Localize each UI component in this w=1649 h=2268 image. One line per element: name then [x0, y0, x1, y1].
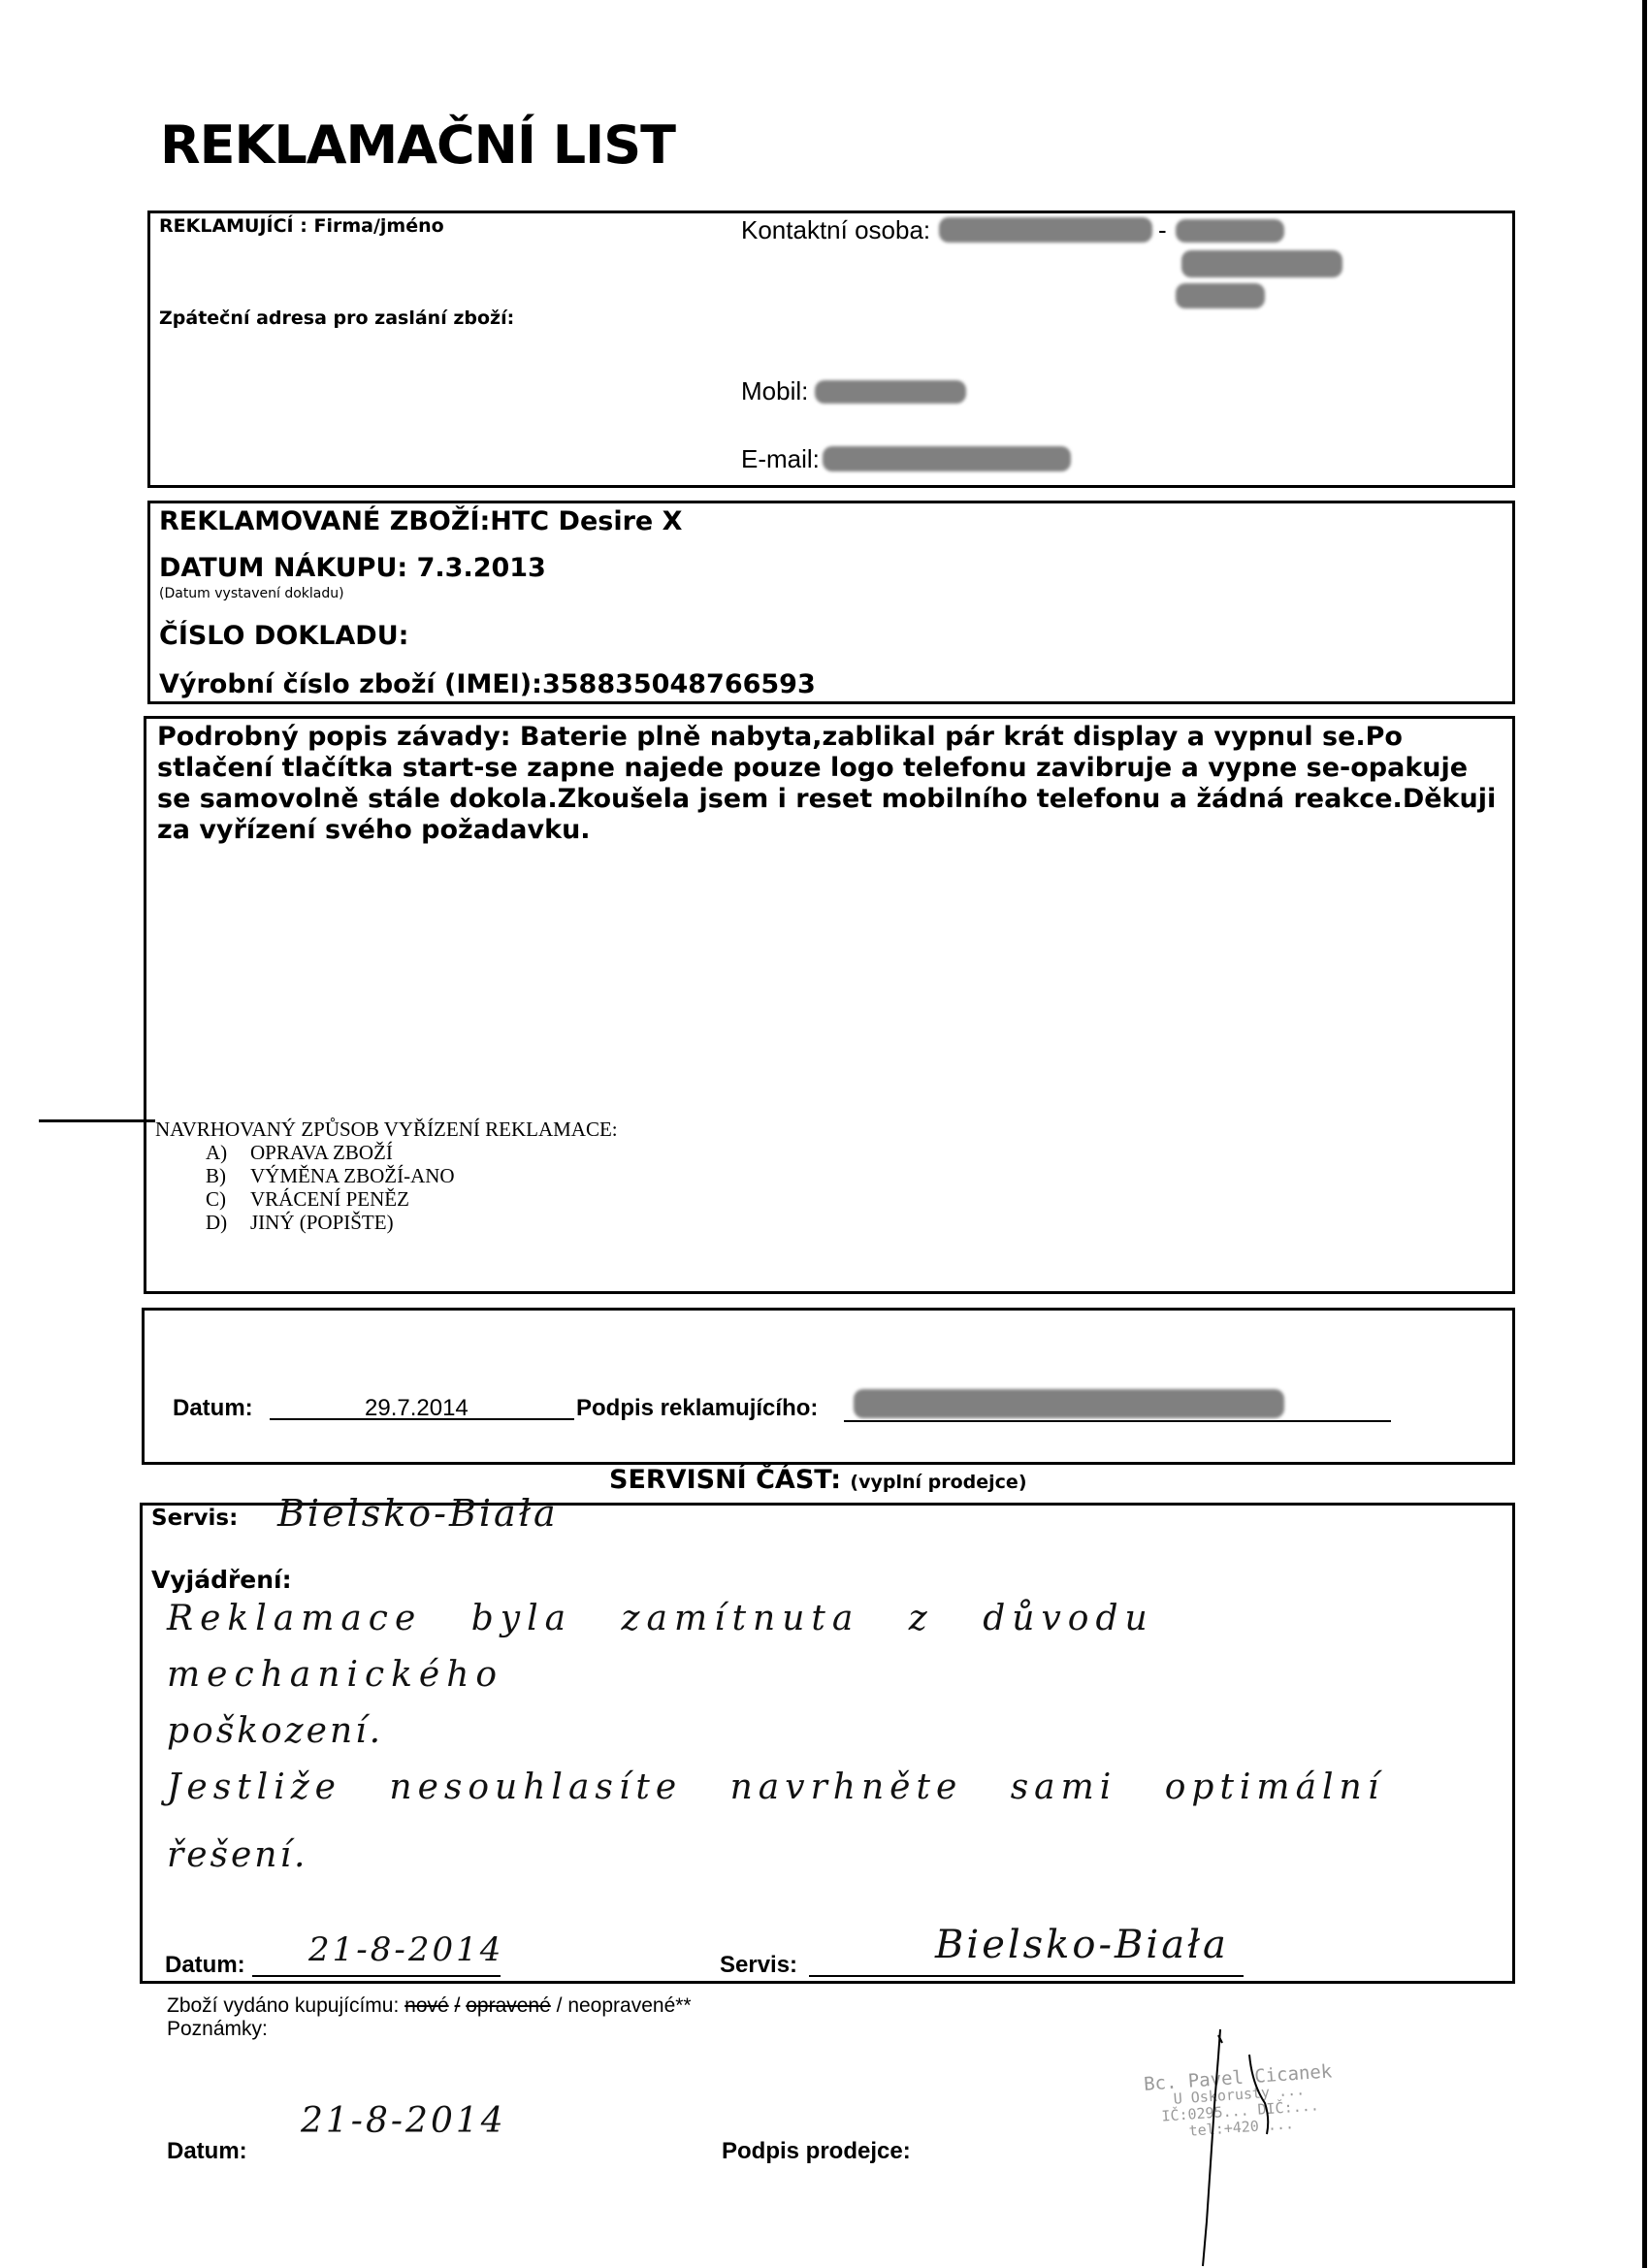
claimant-signature-label: Podpis reklamujícího: — [576, 1395, 818, 1422]
statement-label: Vyjádření: — [151, 1566, 292, 1594]
notes-label: Poznámky: — [167, 2018, 268, 2041]
handover-date-label: Datum: — [167, 2138, 247, 2165]
email-redacted — [823, 446, 1071, 471]
email-label: E-mail: — [741, 444, 820, 474]
handover-date-handwritten: 21-8-2014 — [301, 2101, 506, 2141]
handover-issued-line: Zboží vydáno kupujícímu: nové / opravené… — [167, 1994, 692, 2018]
purchase-date-label: DATUM NÁKUPU: — [159, 553, 407, 583]
service-signature-underline — [809, 1975, 1244, 1977]
resolution-option: B)VÝMĚNA ZBOŽÍ-ANO — [206, 1164, 455, 1187]
purchase-date-value: 7.3.2013 — [417, 553, 546, 583]
contact-separator: - — [1158, 215, 1167, 245]
resolution-options: A)OPRAVA ZBOŽÍ B)VÝMĚNA ZBOŽÍ-ANO C)VRÁC… — [206, 1141, 455, 1234]
serial-label: Výrobní číslo zboží (IMEI): — [159, 669, 542, 699]
claimant-date-label: Datum: — [173, 1395, 253, 1422]
claimant-firm-label: REKLAMUJÍCÍ : Firma/jméno — [159, 215, 444, 237]
contact-person-redacted — [939, 217, 1152, 243]
defect-label: Podrobný popis závady: — [157, 722, 511, 752]
service-handwritten: Bielsko-Biała — [277, 1492, 559, 1535]
resolution-option: D)JINÝ (POPIŠTE) — [206, 1211, 455, 1234]
serial-line: Výrobní číslo zboží (IMEI):3588350487665… — [159, 669, 816, 699]
handover-option-repaired: opravené — [466, 1994, 551, 2017]
service-heading-label: SERVISNÍ ČÁST: — [609, 1465, 841, 1495]
service-date-handwritten: 21-8-2014 — [308, 1930, 503, 1969]
seller-signature-label: Podpis prodejce: — [722, 2138, 911, 2165]
mobile-redacted — [815, 380, 966, 404]
handover-option-unrepaired: neopravené** — [567, 1994, 691, 2017]
claimant-date-value: 29.7.2014 — [365, 1395, 469, 1422]
contact-address-redacted-1 — [1176, 219, 1284, 243]
service-signature-label: Servis: — [720, 1952, 797, 1979]
scan-edge-line — [1642, 0, 1647, 2268]
serial-value: 358835048766593 — [542, 669, 816, 699]
margin-pen-stroke — [39, 1119, 155, 1122]
claimant-signature-section — [142, 1308, 1515, 1465]
mobile-label: Mobil: — [741, 376, 808, 406]
statement-line: Jestliže nesouhlasíte navrhněte sami opt… — [167, 1760, 1505, 1816]
service-date-label: Datum: — [165, 1952, 245, 1979]
receipt-number-line: ČÍSLO DOKLADU: — [159, 621, 408, 651]
handover-issued-label: Zboží vydáno kupujícímu: — [167, 1994, 399, 2017]
return-address-label: Zpáteční adresa pro zaslání zboží: — [159, 308, 514, 329]
handover-option-new: nové — [404, 1994, 449, 2017]
service-date-underline — [252, 1975, 501, 1977]
purchase-date-line: DATUM NÁKUPU: 7.3.2013 — [159, 553, 546, 583]
statement-handwritten: Reklamace byla zamítnuta z důvodu mechan… — [167, 1591, 1505, 1884]
claimant-signature-redacted — [854, 1389, 1284, 1418]
contact-address-redacted-3 — [1176, 283, 1265, 308]
page-title: REKLAMAČNÍ LIST — [160, 114, 675, 176]
contact-address-redacted-2 — [1181, 250, 1342, 277]
receipt-number-label: ČÍSLO DOKLADU: — [159, 621, 408, 651]
purchase-date-note: (Datum vystavení dokladu) — [159, 586, 344, 601]
proposed-resolution-heading: NAVRHOVANÝ ZPŮSOB VYŘÍZENÍ REKLAMACE: — [155, 1118, 618, 1142]
claimant-signature-underline — [844, 1420, 1391, 1422]
service-heading-note: (vyplní prodejce) — [850, 1472, 1026, 1493]
goods-label: REKLAMOVANÉ ZBOŽÍ: — [159, 506, 490, 536]
resolution-option: C)VRÁCENÍ PENĚZ — [206, 1187, 455, 1211]
statement-line: poškození. — [167, 1703, 1505, 1760]
resolution-option: A)OPRAVA ZBOŽÍ — [206, 1141, 455, 1164]
defect-text: Podrobný popis závady: Baterie plně naby… — [157, 722, 1505, 846]
statement-line: řešení. — [167, 1828, 1505, 1884]
service-signature-handwritten: Bielsko-Biała — [935, 1923, 1229, 1967]
statement-line: Reklamace byla zamítnuta z důvodu mechan… — [167, 1591, 1505, 1703]
goods-line: REKLAMOVANÉ ZBOŽÍ:HTC Desire X — [159, 506, 682, 536]
service-label: Servis: — [151, 1506, 238, 1531]
contact-person-label: Kontaktní osoba: — [741, 215, 930, 245]
service-heading: SERVISNÍ ČÁST: (vyplní prodejce) — [609, 1465, 1027, 1495]
seller-signature-stroke — [1193, 2027, 1271, 2268]
goods-value: HTC Desire X — [490, 506, 682, 536]
